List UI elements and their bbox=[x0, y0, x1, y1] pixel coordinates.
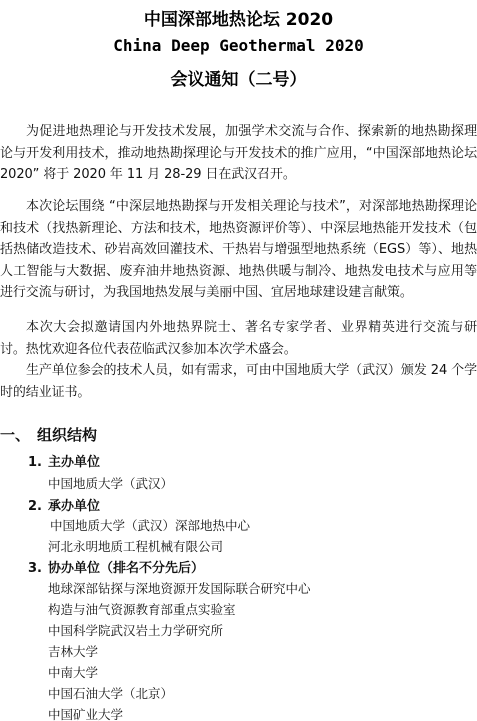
paragraph-intro: 为促进地热理论与开发技术发展，加强学术交流与合作、探索新的地热勘探理论与开发利用… bbox=[0, 121, 477, 186]
subsection-title: 主办单位 bbox=[48, 455, 100, 470]
title-english: China Deep Geothermal 2020 bbox=[0, 36, 477, 55]
subsection-number: 3. bbox=[28, 561, 48, 576]
title-chinese: 中国深部地热论坛 2020 bbox=[0, 5, 477, 30]
section-heading: 一、组织结构 bbox=[0, 424, 97, 445]
list-item: 河北永明地质工程机械有限公司 bbox=[48, 537, 223, 555]
paragraph-invitation: 本次大会拟邀请国内外地热界院士、著名专家学者、业界精英进行交流与研讨。热忱欢迎各… bbox=[0, 317, 477, 360]
subsection-title: 承办单位 bbox=[48, 499, 100, 514]
list-item: 中国石油大学（北京） bbox=[48, 684, 173, 702]
list-item: 中国地质大学（武汉）深部地热中心 bbox=[50, 516, 250, 534]
list-item: 中南大学 bbox=[48, 663, 98, 681]
subsection-number: 1. bbox=[28, 455, 48, 470]
subsection-co-organizer: 3.协办单位（排名不分先后） bbox=[28, 557, 204, 576]
section-title: 组织结构 bbox=[37, 426, 97, 444]
subsection-title: 协办单位（排名不分先后） bbox=[48, 561, 204, 576]
list-item: 中国矿业大学 bbox=[48, 705, 123, 721]
list-item: 地球深部钻探与深地资源开发国际联合研究中心 bbox=[48, 579, 311, 597]
section-number: 一、 bbox=[0, 424, 37, 445]
paragraph-certificate: 生产单位参会的技术人员，如有需求，可由中国地质大学（武汉）颁发 24 个学时的结… bbox=[0, 360, 477, 403]
subsection-organizer: 2.承办单位 bbox=[28, 495, 100, 514]
list-item: 吉林大学 bbox=[48, 642, 98, 660]
list-item: 中国地质大学（武汉） bbox=[48, 474, 173, 492]
list-item: 中国科学院武汉岩土力学研究所 bbox=[48, 621, 223, 639]
paragraph-topics: 本次论坛围绕 “中深层地热勘探与开发相关理论与技术”，对深部地热勘探理论和技术（… bbox=[0, 196, 477, 304]
notice-subtitle: 会议通知（二号） bbox=[0, 65, 477, 90]
list-item: 构造与油气资源教育部重点实验室 bbox=[48, 600, 236, 618]
subsection-number: 2. bbox=[28, 499, 48, 514]
subsection-host: 1.主办单位 bbox=[28, 451, 100, 470]
